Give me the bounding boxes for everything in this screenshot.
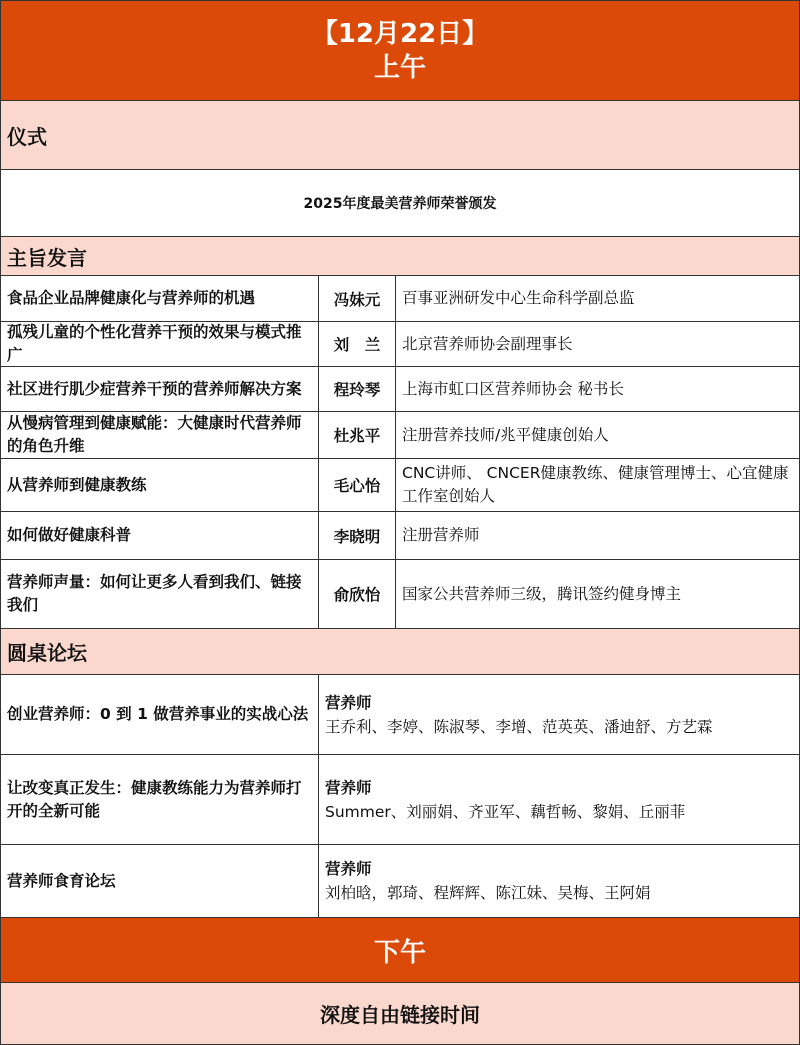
- section-title: 圆桌论坛: [7, 637, 87, 666]
- table-row: 从慢病管理到健康赋能：大健康时代营养师的角色升维 杜兆平 注册营养技师/兆平健康…: [1, 412, 799, 459]
- speaker-name: 杜兆平: [319, 412, 396, 458]
- panel-role: 营养师: [325, 691, 793, 715]
- section-keynote: 主旨发言: [1, 237, 799, 276]
- table-row: 让改变真正发生：健康教练能力为营养师打开的全新可能 营养师 Summer、刘丽娟…: [1, 755, 799, 845]
- table-row: 食品企业品牌健康化与营养师的机遇 冯妹元 百事亚洲研发中心生命科学副总监: [1, 276, 799, 322]
- table-row: 社区进行肌少症营养干预的营养师解决方案 程玲琴 上海市虹口区营养师协会 秘书长: [1, 367, 799, 412]
- speaker-role: 国家公共营养师三级，腾讯签约健身博主: [396, 560, 799, 628]
- day-header: 【12月22日】 上午: [1, 0, 799, 101]
- section-title: 主旨发言: [7, 242, 87, 271]
- agenda-table: 【12月22日】 上午 仪式 2025年度最美营养师荣誉颁发 主旨发言 食品企业…: [0, 0, 800, 1045]
- section-roundtable: 圆桌论坛: [1, 629, 799, 675]
- talk-topic: 从慢病管理到健康赋能：大健康时代营养师的角色升维: [1, 412, 319, 458]
- period-morning: 上午: [374, 51, 426, 85]
- ceremony-item: 2025年度最美营养师荣誉颁发: [1, 170, 799, 237]
- panel-members: 营养师 Summer、刘丽娟、齐亚军、藕哲畅、黎娟、丘丽菲: [319, 755, 799, 844]
- section-title: 仪式: [7, 121, 47, 150]
- talk-topic: 从营养师到健康教练: [1, 459, 319, 511]
- speaker-role: 北京营养师协会副理事长: [396, 322, 799, 366]
- speaker-name: 俞欣怡: [319, 560, 396, 628]
- speaker-name: 冯妹元: [319, 276, 396, 321]
- afternoon-item: 深度自由链接时间: [1, 983, 799, 1045]
- table-row: 营养师声量：如何让更多人看到我们、链接我们 俞欣怡 国家公共营养师三级，腾讯签约…: [1, 560, 799, 629]
- speaker-name: 李晓明: [319, 512, 396, 559]
- talk-topic: 社区进行肌少症营养干预的营养师解决方案: [1, 367, 319, 411]
- table-row: 营养师食育论坛 营养师 刘柏晗，郭琦、程辉辉、陈江妹、吴梅、王阿娟: [1, 845, 799, 918]
- period-label: 下午: [374, 932, 426, 969]
- talk-topic: 如何做好健康科普: [1, 512, 319, 559]
- speaker-role: 上海市虹口区营养师协会 秘书长: [396, 367, 799, 411]
- date-label: 【12月22日】: [312, 17, 488, 51]
- speaker-role: CNC讲师、 CNCER健康教练、健康管理博士、心宜健康工作室创始人: [396, 459, 799, 511]
- panel-topic: 创业营养师：0 到 1 做营养事业的实战心法: [1, 675, 319, 754]
- speaker-role: 百事亚洲研发中心生命科学副总监: [396, 276, 799, 321]
- afternoon-item-label: 深度自由链接时间: [320, 999, 480, 1028]
- panel-names: 王乔利、李婷、陈淑琴、李增、范英英、潘迪舒、方艺霖: [325, 715, 793, 739]
- table-row: 创业营养师：0 到 1 做营养事业的实战心法 营养师 王乔利、李婷、陈淑琴、李增…: [1, 675, 799, 755]
- panel-topic: 让改变真正发生：健康教练能力为营养师打开的全新可能: [1, 755, 319, 844]
- panel-members: 营养师 刘柏晗，郭琦、程辉辉、陈江妹、吴梅、王阿娟: [319, 845, 799, 917]
- panel-members: 营养师 王乔利、李婷、陈淑琴、李增、范英英、潘迪舒、方艺霖: [319, 675, 799, 754]
- table-row: 如何做好健康科普 李晓明 注册营养师: [1, 512, 799, 560]
- talk-topic: 营养师声量：如何让更多人看到我们、链接我们: [1, 560, 319, 628]
- talk-topic: 食品企业品牌健康化与营养师的机遇: [1, 276, 319, 321]
- panel-topic: 营养师食育论坛: [1, 845, 319, 917]
- table-row: 从营养师到健康教练 毛心怡 CNC讲师、 CNCER健康教练、健康管理博士、心宜…: [1, 459, 799, 512]
- section-ceremony: 仪式: [1, 101, 799, 170]
- speaker-role: 注册营养师: [396, 512, 799, 559]
- period-afternoon: 下午: [1, 918, 799, 983]
- table-row: 孤残儿童的个性化营养干预的效果与模式推广 刘 兰 北京营养师协会副理事长: [1, 322, 799, 367]
- panel-names: 刘柏晗，郭琦、程辉辉、陈江妹、吴梅、王阿娟: [325, 881, 793, 905]
- panel-role: 营养师: [325, 857, 793, 881]
- panel-names: Summer、刘丽娟、齐亚军、藕哲畅、黎娟、丘丽菲: [325, 800, 793, 824]
- speaker-name: 毛心怡: [319, 459, 396, 511]
- speaker-role: 注册营养技师/兆平健康创始人: [396, 412, 799, 458]
- speaker-name: 刘 兰: [319, 322, 396, 366]
- panel-role: 营养师: [325, 776, 793, 800]
- talk-topic: 孤残儿童的个性化营养干预的效果与模式推广: [1, 322, 319, 366]
- speaker-name: 程玲琴: [319, 367, 396, 411]
